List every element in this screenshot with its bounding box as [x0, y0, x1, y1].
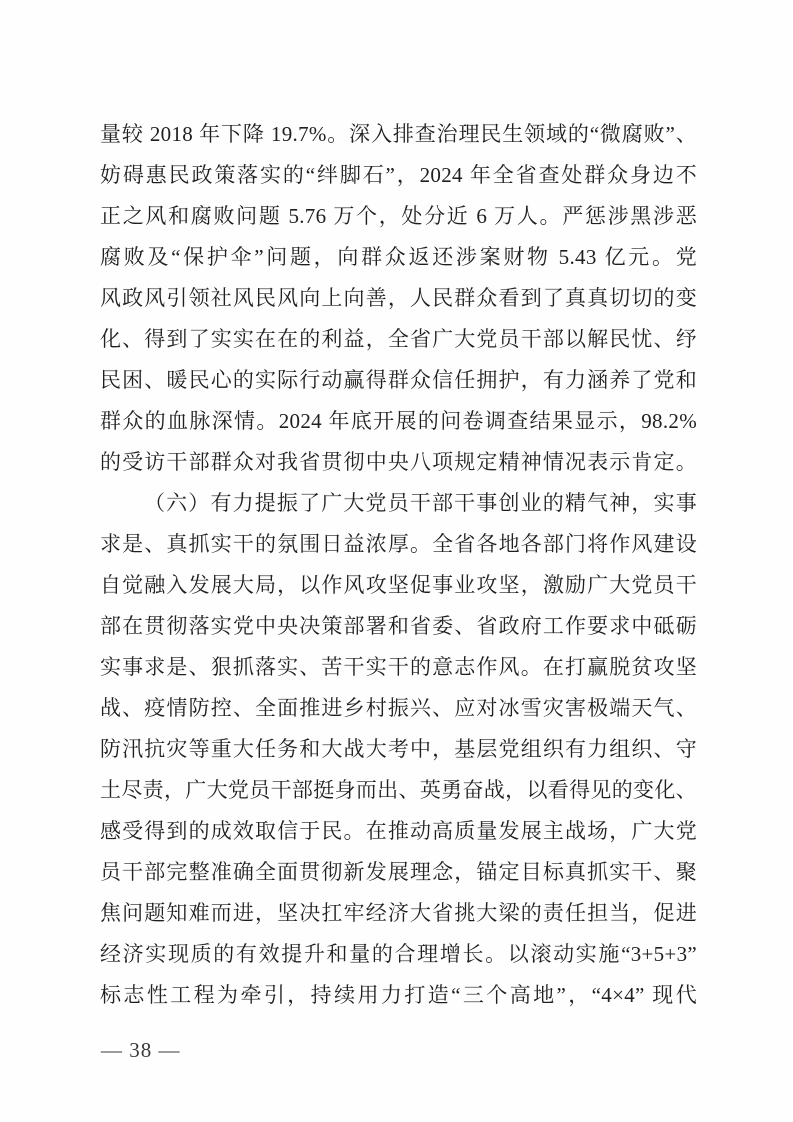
text-segment: 员干部完整准确全面贯彻新发展理念，锚定目标真抓实干、聚 [100, 860, 697, 884]
text-line: 部在贯彻落实党中央决策部署和省委、省政府工作要求中砥砺 [100, 606, 697, 647]
document-body: 量较 2018 年下降 19.7%。深入排查治理民生领域的“微腐败”、妨碍惠民政… [100, 114, 697, 1016]
text-segment: 实事求是、狠抓落实、苦干实干的意志作风。在打赢脱贫攻坚 [100, 655, 697, 679]
text-line: 土尽责，广大党员干部挺身而出、英勇奋战，以看得见的变化、 [100, 770, 697, 811]
text-segment: 求是、真抓实干的氛围日益浓厚。 [100, 532, 432, 556]
text-segment: 风政风引领社风民风向上向善，人民群众看到了真真切切的变 [100, 286, 697, 310]
text-line: 标志性工程为牵引，持续用力打造“三个高地”，“4×4” 现代 [100, 975, 697, 1016]
text-line: （六）有力提振了广大党员干部干事创业的精气神，实事 [100, 483, 697, 524]
page-number: — 38 — [101, 1036, 181, 1064]
text-line: 感受得到的成效取信于民。在推动高质量发展主战场，广大党 [100, 811, 697, 852]
text-segment: 焦问题知难而进，坚决扛牢经济大省挑大梁的责任担当，促进 [100, 901, 697, 925]
text-segment: 部在贯彻落实党中央决策部署和省委、省政府工作要求中砥砺 [100, 614, 697, 638]
text-segment: 自觉融入发展大局，以作风攻坚促事业攻坚，激励广大党员干 [100, 573, 697, 597]
text-line: 经济实现质的有效提升和量的合理增长。以滚动实施“3+5+3” [100, 934, 697, 975]
text-segment: 感受得到的成效取信于民。在推动高质量发展主战场，广大党 [100, 819, 697, 843]
text-segment: 群众的血脉深情。2024 年底开展的问卷调查结果显示，98.2% [100, 409, 697, 433]
text-segment: 腐败及“保护伞”问题，向群众返还涉案财物 5.43 亿元。党 [100, 245, 697, 269]
text-line: 量较 2018 年下降 19.7%。深入排查治理民生领域的“微腐败”、 [100, 114, 697, 155]
text-segment: 化、得到了实实在在的利益，全省广大党员干部以解民忧、纾 [100, 327, 697, 351]
text-line: 民困、暖民心的实际行动赢得群众信任拥护，有力涵养了党和 [100, 360, 697, 401]
text-line: 求是、真抓实干的氛围日益浓厚。全省各地各部门将作风建设 [100, 524, 697, 565]
text-line: 实事求是、狠抓落实、苦干实干的意志作风。在打赢脱贫攻坚 [100, 647, 697, 688]
text-line: 员干部完整准确全面贯彻新发展理念，锚定目标真抓实干、聚 [100, 852, 697, 893]
text-line: 化、得到了实实在在的利益，全省广大党员干部以解民忧、纾 [100, 319, 697, 360]
document-page: 量较 2018 年下降 19.7%。深入排查治理民生领域的“微腐败”、妨碍惠民政… [0, 0, 793, 1122]
text-segment: 妨碍惠民政策落实的“绊脚石”，2024 年全省查处群众身边不 [100, 163, 697, 187]
text-segment: 土尽责，广大党员干部挺身而出、英勇奋战，以看得见的变化、 [100, 778, 697, 802]
text-segment: 的受访干部群众对我省贯彻中央八项规定精神情况表示肯定。 [100, 450, 697, 474]
text-segment: 正之风和腐败问题 5.76 万个，处分近 6 万人。严惩涉黑涉恶 [100, 204, 697, 228]
text-line: 自觉融入发展大局，以作风攻坚促事业攻坚，激励广大党员干 [100, 565, 697, 606]
text-line: 正之风和腐败问题 5.76 万个，处分近 6 万人。严惩涉黑涉恶 [100, 196, 697, 237]
text-segment: 量较 2018 年下降 19.7%。深入排查治理民生领域的“微腐败”、 [100, 122, 697, 146]
text-line: 防汛抗灾等重大任务和大战大考中，基层党组织有力组织、守 [100, 729, 697, 770]
text-segment: 防汛抗灾等重大任务和大战大考中，基层党组织有力组织、守 [100, 737, 697, 761]
text-segment: 经济实现质的有效提升和量的合理增长。以滚动实施“3+5+3” [100, 942, 697, 966]
text-line: 战、疫情防控、全面推进乡村振兴、应对冰雪灾害极端天气、 [100, 688, 697, 729]
text-line: 焦问题知难而进，坚决扛牢经济大省挑大梁的责任担当，促进 [100, 893, 697, 934]
text-segment: （六）有力提振了广大党员干部干事创业的精气神，实事 [144, 491, 697, 515]
text-segment: 战、疫情防控、全面推进乡村振兴、应对冰雪灾害极端天气、 [100, 696, 697, 720]
text-line: 群众的血脉深情。2024 年底开展的问卷调查结果显示，98.2% [100, 401, 697, 442]
text-line: 风政风引领社风民风向上向善，人民群众看到了真真切切的变 [100, 278, 697, 319]
text-segment: 标志性工程为牵引，持续用力打造“三个高地”，“4×4” 现代 [100, 983, 697, 1007]
text-segment: 民困、暖民心的实际行动赢得群众信任拥护，有力涵养了党和 [100, 368, 697, 392]
text-line: 的受访干部群众对我省贯彻中央八项规定精神情况表示肯定。 [100, 442, 697, 483]
text-segment: 全省各地各部门将作风建设 [432, 532, 697, 556]
text-line: 腐败及“保护伞”问题，向群众返还涉案财物 5.43 亿元。党 [100, 237, 697, 278]
text-line: 妨碍惠民政策落实的“绊脚石”，2024 年全省查处群众身边不 [100, 155, 697, 196]
